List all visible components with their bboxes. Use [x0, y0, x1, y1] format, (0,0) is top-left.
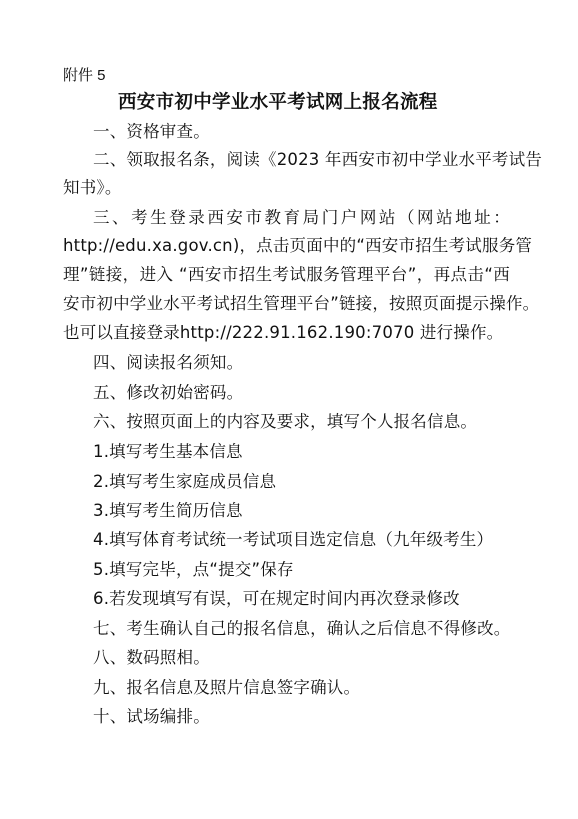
step-3-text-line-1: 三、考生登录西安市教育局门户网站（网站地址： — [93, 207, 510, 229]
step-2-text-line-2: 知书》。 — [63, 177, 122, 199]
substep-4: 4.填写体育考试统一考试项目选定信息（九年级考生） — [93, 529, 493, 551]
step-9-text: 九、报名信息及照片信息签字确认。 — [93, 677, 360, 699]
substep-3: 3.填写考生简历信息 — [93, 500, 243, 522]
step-3-text-line-5: 也可以直接登录http://222.91.162.190:7070 进行操作。 — [63, 322, 503, 344]
step-3-text-line-4: 安市初中学业水平考试招生管理平台”链接，按照页面提示操作。 — [63, 293, 510, 315]
document-title: 西安市初中学业水平考试网上报名流程 — [118, 91, 438, 115]
step-8-text: 八、数码照相。 — [93, 647, 210, 669]
document-page: 附件 5 西安市初中学业水平考试网上报名流程 一、资格审查。 二、领取报名条，阅… — [0, 0, 578, 819]
step-5-text: 五、修改初始密码。 — [93, 382, 243, 404]
step-1-text: 一、资格审查。 — [93, 121, 210, 143]
step-6-text: 六、按照页面上的内容及要求，填写个人报名信息。 — [93, 411, 477, 433]
step-2-text-line-1: 二、领取报名条，阅读《2023 年西安市初中学业水平考试告 — [93, 149, 510, 171]
attachment-label: 附件 5 — [63, 66, 106, 86]
substep-5: 5.填写完毕，点“提交”保存 — [93, 559, 294, 581]
step-4-text: 四、阅读报名须知。 — [93, 352, 243, 374]
step-10-text: 十、试场编排。 — [93, 706, 210, 728]
step-7-text: 七、考生确认自己的报名信息，确认之后信息不得修改。 — [93, 618, 511, 640]
step-3-text-line-3: 理”链接，进入 “西安市招生考试服务管理平台”，再点击“西 — [63, 264, 510, 286]
step-3-text-line-2: http://edu.xa.gov.cn)，点击页面中的“西安市招生考试服务管 — [63, 235, 510, 257]
substep-6: 6.若发现填写有误，可在规定时间内再次登录修改 — [93, 588, 460, 610]
substep-1: 1.填写考生基本信息 — [93, 441, 243, 463]
substep-2: 2.填写考生家庭成员信息 — [93, 471, 276, 493]
